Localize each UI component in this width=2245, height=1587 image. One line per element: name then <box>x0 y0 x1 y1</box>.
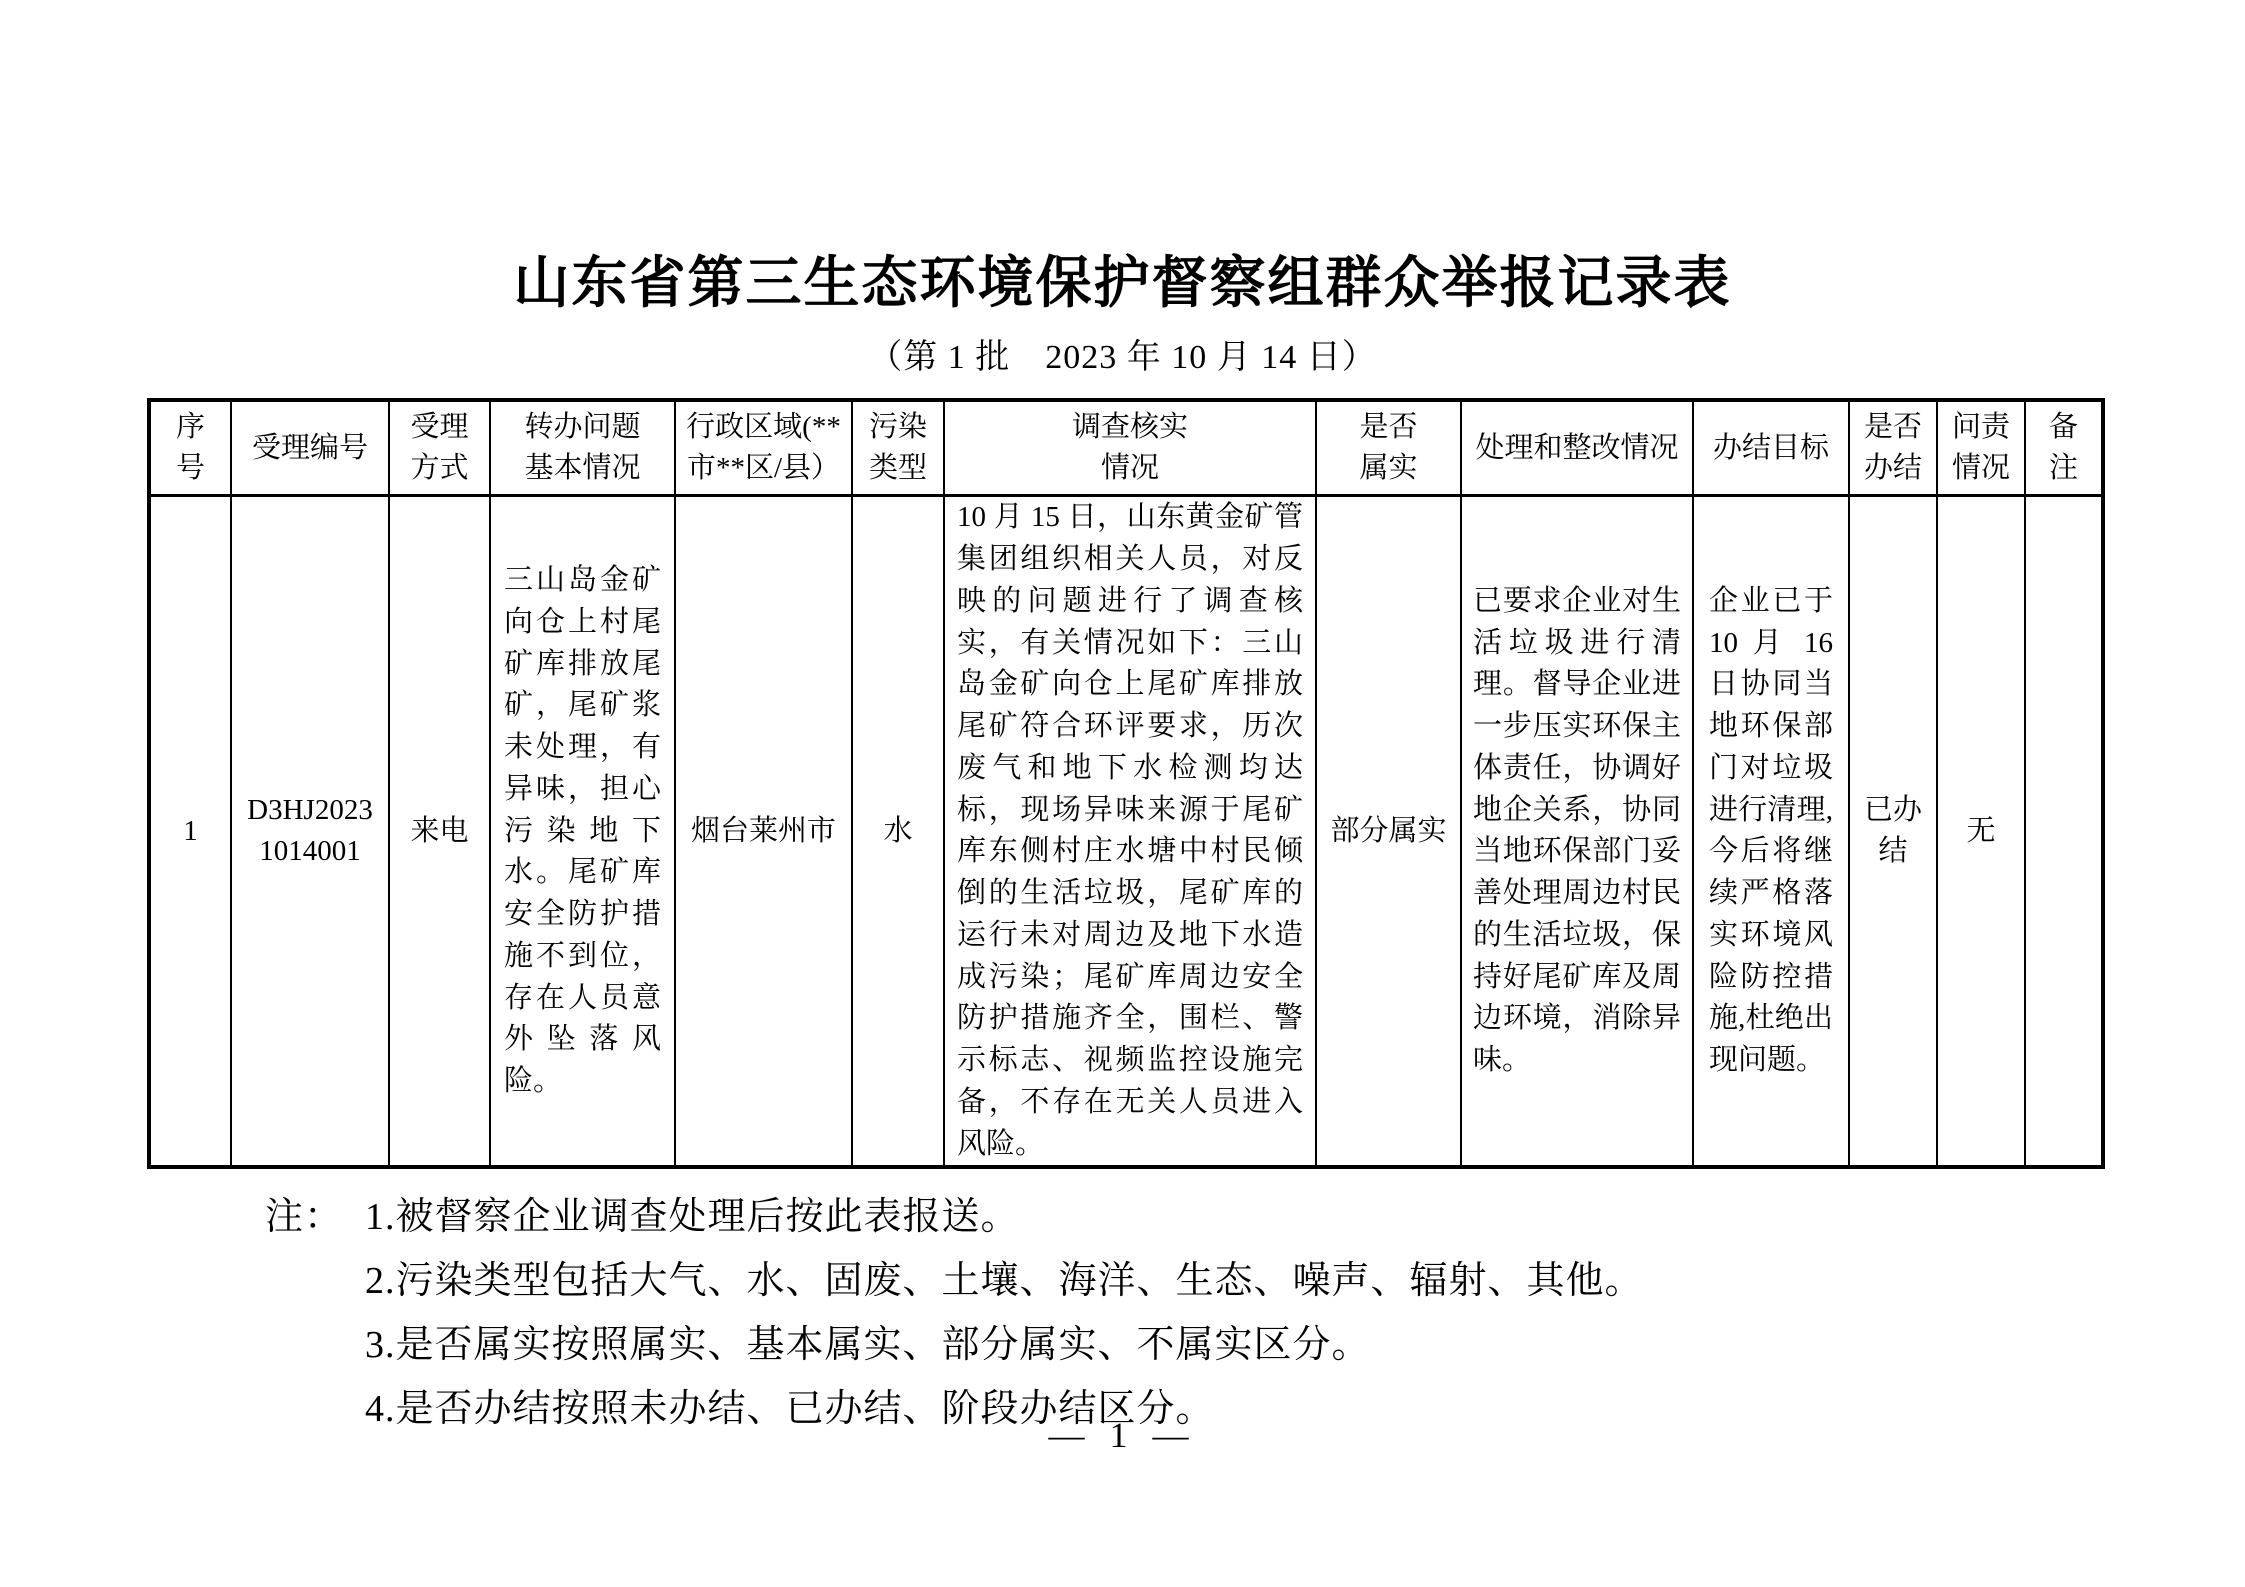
cell-completion-target: 企业已于 10 月 16 日协同当地环保部门对垃圾进行清理,今后将继续严格落实环… <box>1693 496 1849 1168</box>
header-investigation: 调查核实 情况 <box>944 400 1316 496</box>
header-completed: 是否 办结 <box>1849 400 1937 496</box>
cell-verified: 部分属实 <box>1316 496 1461 1168</box>
header-handling: 处理和整改情况 <box>1461 400 1693 496</box>
note-line: 3.是否属实按照属实、基本属实、部分属实、不属实区分。 <box>265 1313 2245 1377</box>
header-seq: 序 号 <box>149 400 231 496</box>
cell-acceptance-method: 来电 <box>389 496 490 1168</box>
header-verified: 是否 属实 <box>1316 400 1461 496</box>
note-item-3: 3.是否属实按照属实、基本属实、部分属实、不属实区分。 <box>365 1324 1371 1366</box>
cell-pollution-type: 水 <box>852 496 944 1168</box>
document-subtitle: （第 1 批 2023 年 10 月 14 日） <box>0 334 2245 382</box>
cell-completed: 已办 结 <box>1849 496 1937 1168</box>
cell-investigation: 10 月 15 日，山东黄金矿管集团组织相关人员，对反映的问题进行了调查核实，有… <box>944 496 1316 1168</box>
cell-handling: 已要求企业对生活垃圾进行清理。督导企业进一步压实环保主体责任，协调好地企关系，协… <box>1461 496 1693 1168</box>
table-row: 1 D3HJ2023 1014001 来电 三山岛金矿向仓上村尾矿库排放尾矿，尾… <box>149 496 2103 1168</box>
document-title: 山东省第三生态环境保护督察组群众举报记录表 <box>0 0 2245 316</box>
note-item-2: 2.污染类型包括大气、水、固废、土壤、海洋、生态、噪声、辐射、其他。 <box>365 1260 1644 1302</box>
cell-seq: 1 <box>149 496 231 1168</box>
header-acceptance-method: 受理 方式 <box>389 400 490 496</box>
cell-accountability: 无 <box>1937 496 2025 1168</box>
header-completion-target: 办结目标 <box>1693 400 1849 496</box>
page-number: — 1 — <box>0 1414 2245 1456</box>
header-accountability: 问责 情况 <box>1937 400 2025 496</box>
header-case-number: 受理编号 <box>231 400 389 496</box>
header-pollution-type: 污染 类型 <box>852 400 944 496</box>
cell-remarks <box>2025 496 2103 1168</box>
table-header-row: 序 号 受理编号 受理 方式 转办问题 基本情况 行政区域(** 市**区/县）… <box>149 400 2103 496</box>
cell-region: 烟台莱州市 <box>675 496 852 1168</box>
notes-label: 注： <box>265 1185 365 1249</box>
note-line: 注：1.被督察企业调查处理后按此表报送。 <box>265 1185 2245 1249</box>
note-item-1: 1.被督察企业调查处理后按此表报送。 <box>365 1196 1020 1238</box>
record-table: 序 号 受理编号 受理 方式 转办问题 基本情况 行政区域(** 市**区/县）… <box>147 398 2105 1170</box>
cell-case-number: D3HJ2023 1014001 <box>231 496 389 1168</box>
header-region: 行政区域(** 市**区/县） <box>675 400 852 496</box>
note-line: 2.污染类型包括大气、水、固废、土壤、海洋、生态、噪声、辐射、其他。 <box>265 1249 2245 1313</box>
header-remarks: 备 注 <box>2025 400 2103 496</box>
cell-problem-description: 三山岛金矿向仓上村尾矿库排放尾矿，尾矿浆未处理，有异味，担心污染地下水。尾矿库安… <box>490 496 675 1168</box>
notes: 注：1.被督察企业调查处理后按此表报送。 2.污染类型包括大气、水、固废、土壤、… <box>265 1185 2245 1441</box>
page: 山东省第三生态环境保护督察组群众举报记录表 （第 1 批 2023 年 10 月… <box>0 0 2245 1587</box>
header-problem-description: 转办问题 基本情况 <box>490 400 675 496</box>
